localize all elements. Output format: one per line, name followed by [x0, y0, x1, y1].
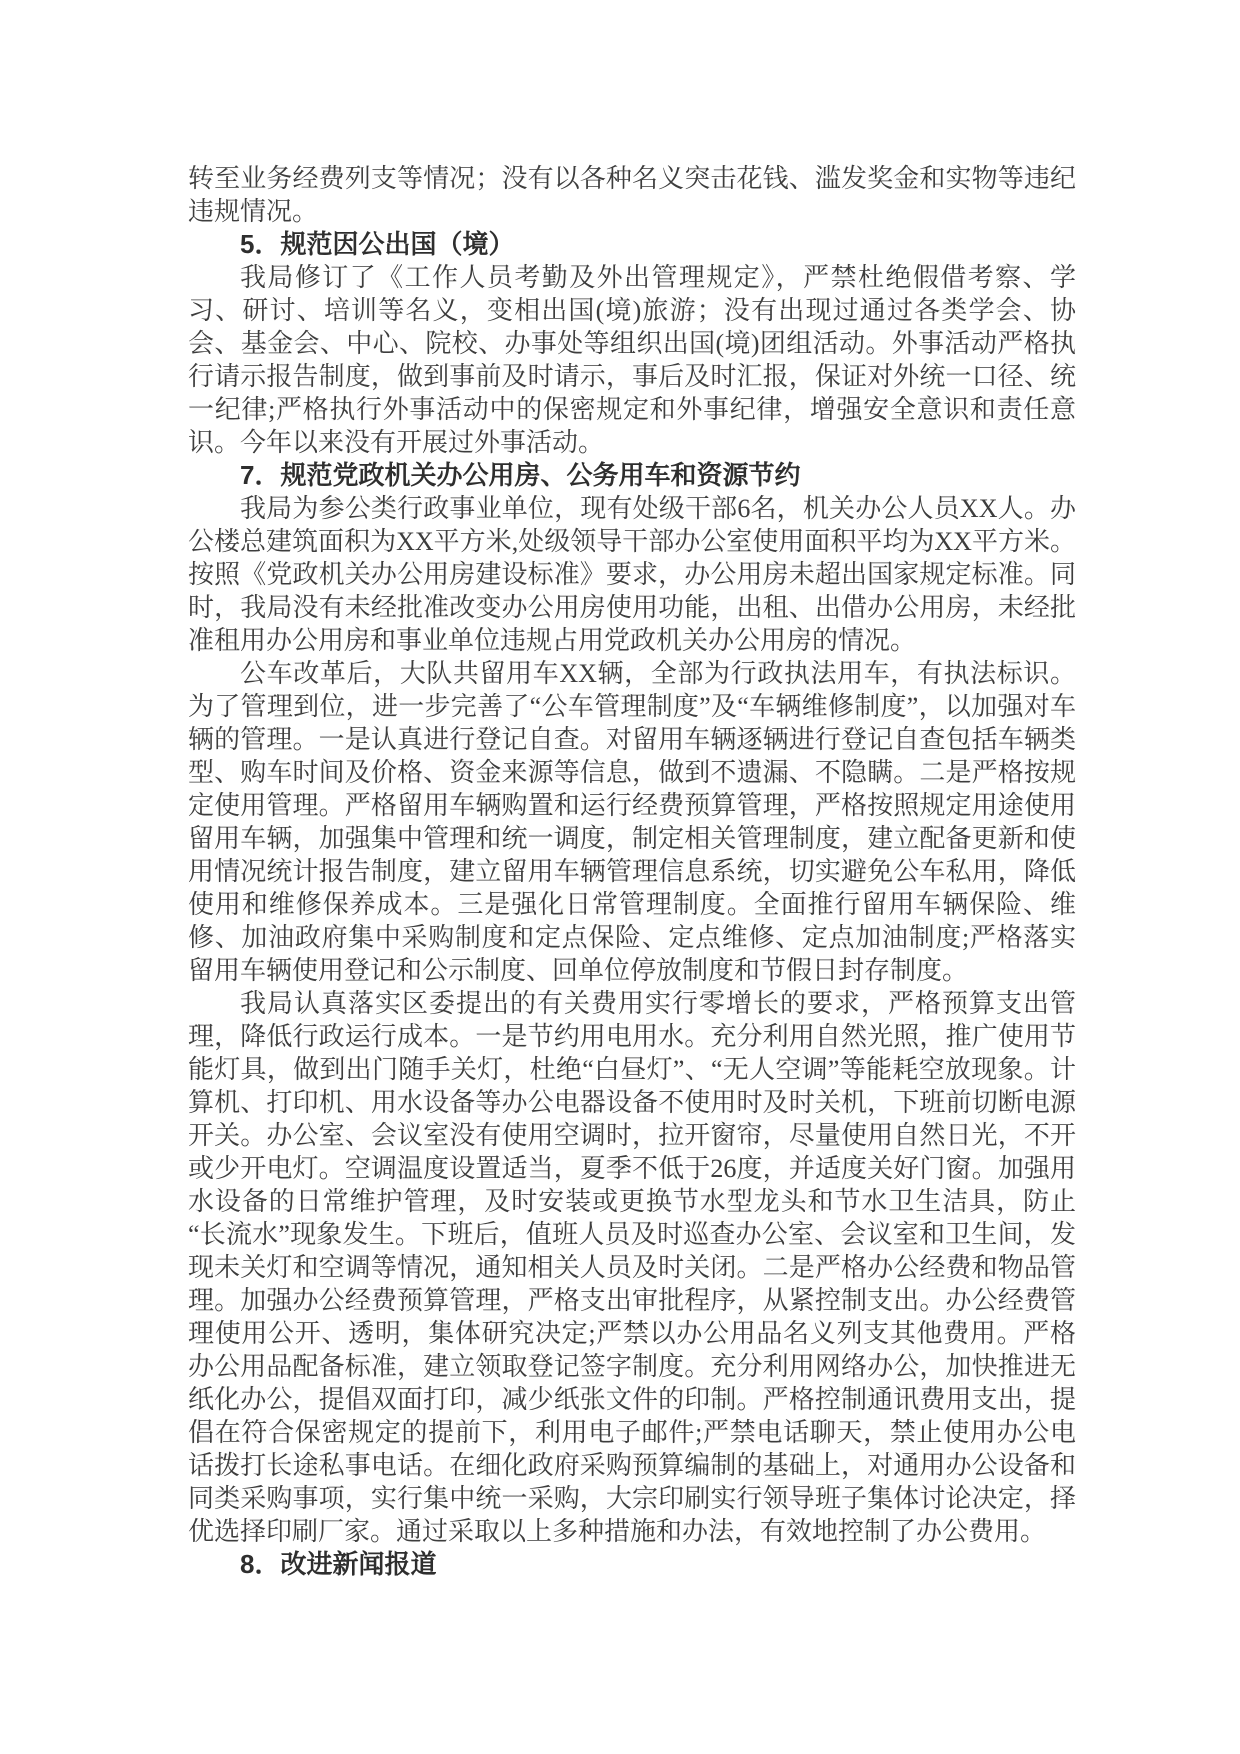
paragraph-continuation: 转至业务经费列支等情况；没有以各种名义突击花钱、滥发奖金和实物等违纪违规情况。	[188, 162, 1076, 228]
paragraph-body: 我局修订了《工作人员考勤及外出管理规定》，严禁杜绝假借考察、学习、研讨、培训等名…	[188, 261, 1076, 459]
paragraph-body: 公车改革后，大队共留用车XX辆，全部为行政执法用车，有执法标识。为了管理到位，进…	[188, 657, 1076, 987]
section-heading-8: 8．改进新闻报道	[188, 1548, 1076, 1581]
document-page: 转至业务经费列支等情况；没有以各种名义突击花钱、滥发奖金和实物等违纪违规情况。 …	[0, 0, 1240, 1754]
paragraph-body: 我局为参公类行政事业单位，现有处级干部6名，机关办公人员XX人。办公楼总建筑面积…	[188, 492, 1076, 657]
paragraph-body: 我局认真落实区委提出的有关费用实行零增长的要求，严格预算支出管理，降低行政运行成…	[188, 987, 1076, 1548]
section-heading-5: 5．规范因公出国（境）	[188, 228, 1076, 261]
section-heading-7: 7．规范党政机关办公用房、公务用车和资源节约	[188, 459, 1076, 492]
